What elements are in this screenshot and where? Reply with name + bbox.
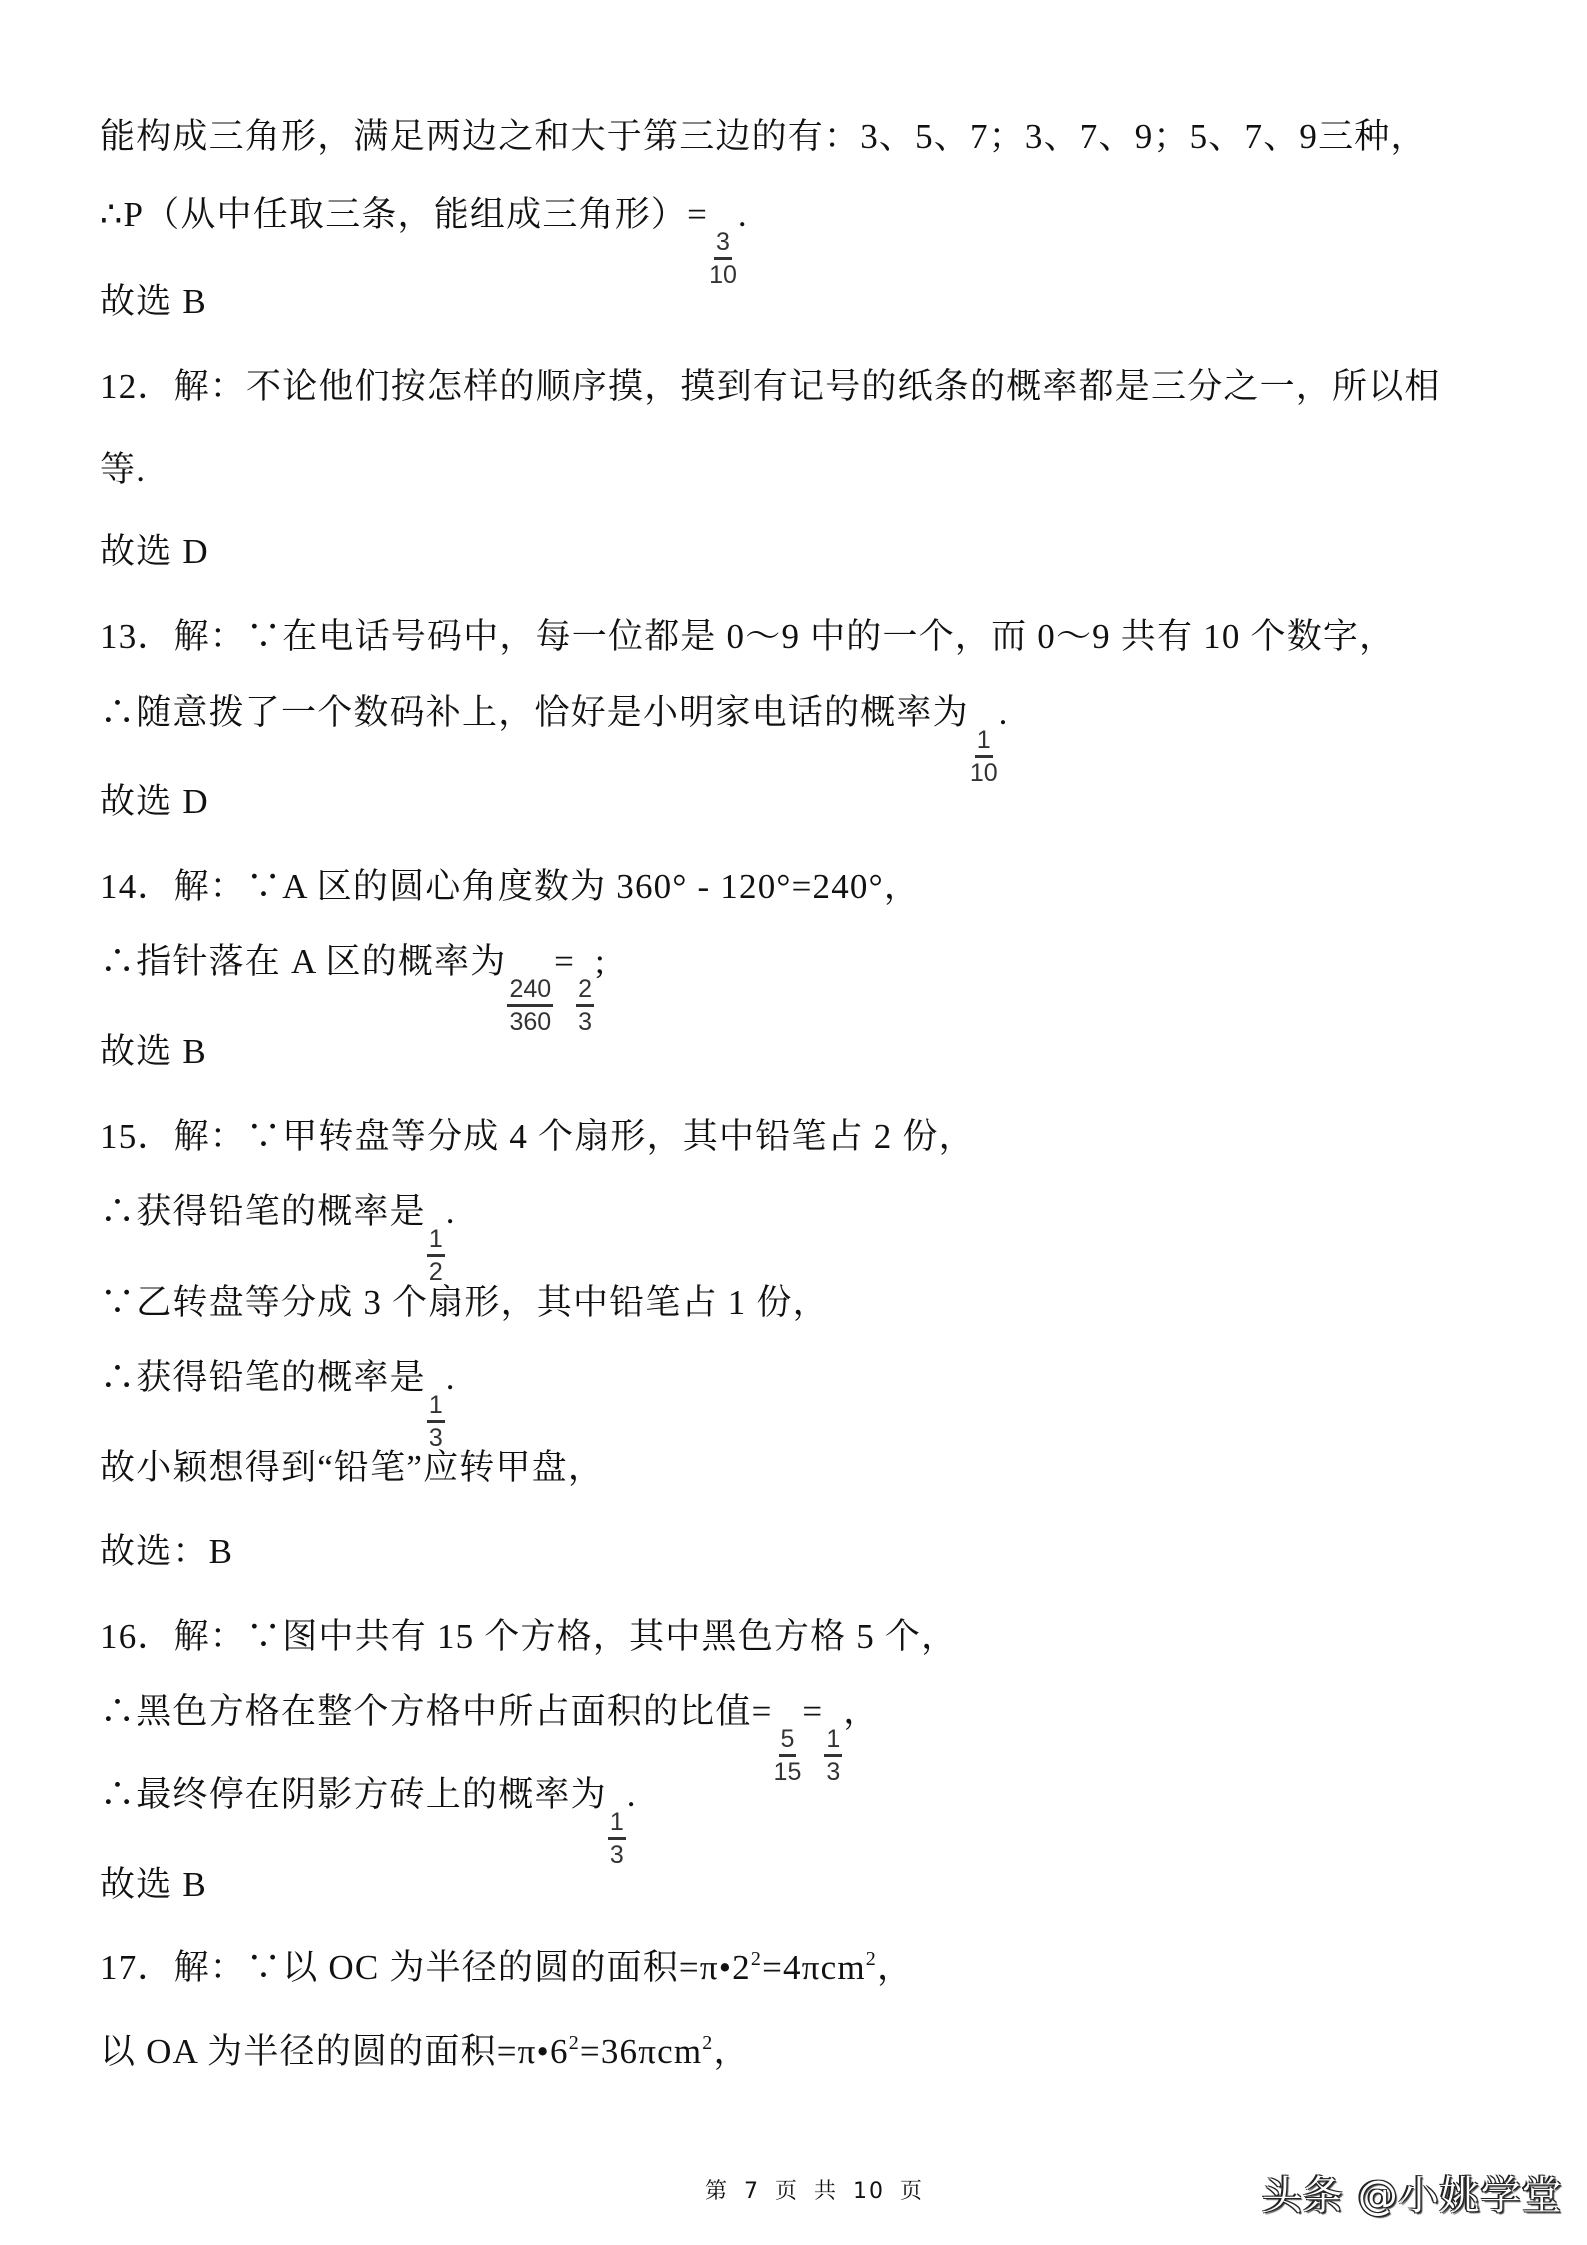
- line-text: .: [738, 195, 748, 234]
- fraction: 13: [608, 1810, 626, 1868]
- fraction: 13: [427, 1393, 445, 1451]
- text-line: ∵乙转盘等分成 3 个扇形，其中铅笔占 1 份，: [100, 1285, 829, 1321]
- fraction-denominator: 3: [826, 1757, 840, 1785]
- line-text: ∴指针落在 A 区的概率为: [100, 942, 506, 981]
- page-number-footer: 第 7 页 共 10 页: [705, 2174, 924, 2205]
- line-text: =4πcm: [762, 1948, 866, 1987]
- fraction-denominator: 10: [709, 260, 737, 288]
- fraction-denominator: 10: [970, 758, 998, 786]
- fraction-numerator: 240: [507, 977, 553, 1007]
- text-line-with-fraction: ∴指针落在 A 区的概率为240360=23;: [100, 944, 606, 1035]
- line-text: 17．解：∵以 OC 为半径的圆的面积=π•2: [100, 1948, 751, 1987]
- line-text: 以 OA 为半径的圆的面积=π•6: [100, 2032, 569, 2071]
- fraction: 110: [970, 728, 998, 786]
- answer-line: 故选 D: [100, 784, 209, 820]
- fraction: 515: [774, 1727, 802, 1785]
- line-text: .: [627, 1775, 637, 1814]
- line-text: ∴随意拨了一个数码补上，恰好是小明家电话的概率为: [100, 693, 969, 732]
- fraction: 13: [824, 1727, 842, 1785]
- fraction-numerator: 1: [608, 1810, 626, 1840]
- text-line-with-fraction: ∴黑色方格在整个方格中所占面积的比值=515=13，: [100, 1694, 879, 1785]
- text-line: 12．解：不论他们按怎样的顺序摸，摸到有记号的纸条的概率都是三分之一，所以相: [100, 369, 1441, 405]
- text-line: 16．解：∵图中共有 15 个方格，其中黑色方格 5 个，: [100, 1619, 957, 1655]
- fraction-numerator: 2: [576, 977, 594, 1007]
- text-line: 故小颖想得到“铅笔”应转甲盘，: [100, 1450, 604, 1486]
- text-line-with-fraction: ∴最终停在阴影方砖上的概率为13.: [100, 1777, 637, 1868]
- line-text: ∴获得铅笔的概率是: [100, 1192, 426, 1231]
- fraction: 310: [709, 230, 737, 288]
- fraction-denominator: 3: [578, 1007, 592, 1035]
- superscript: 2: [702, 2032, 713, 2054]
- line-text: .: [446, 1358, 456, 1397]
- answer-line: 故选 B: [100, 284, 207, 320]
- text-line: 14．解：∵A 区的圆心角度数为 360° - 120°=240°，: [100, 869, 920, 905]
- text-line-with-fraction: ∴获得铅笔的概率是13.: [100, 1360, 456, 1451]
- equals-sign: =: [554, 942, 575, 981]
- text-line: 等.: [100, 452, 146, 488]
- line-text: ，: [843, 1692, 879, 1731]
- text-line-with-superscript: 以 OA 为半径的圆的面积=π•62=36πcm2，: [100, 2034, 750, 2070]
- fraction-numerator: 1: [824, 1727, 842, 1757]
- fraction: 23: [576, 977, 594, 1035]
- line-text: ∴黑色方格在整个方格中所占面积的比值=: [100, 1692, 773, 1731]
- superscript: 2: [751, 1948, 762, 1970]
- fraction-denominator: 3: [429, 1423, 443, 1451]
- text-line: 能构成三角形，满足两边之和大于第三边的有：3、5、7；3、7、9；5、7、9三种…: [100, 119, 1427, 155]
- answer-line: 故选：B: [100, 1534, 233, 1570]
- fraction-numerator: 5: [779, 1727, 797, 1757]
- fraction-numerator: 1: [427, 1227, 445, 1257]
- equals-sign: =: [802, 1692, 823, 1731]
- watermark: 头条 @小姚学堂: [1262, 2164, 1563, 2221]
- text-line-with-fraction: ∴获得铅笔的概率是12.: [100, 1194, 456, 1285]
- text-line: 15．解：∵甲转盘等分成 4 个扇形，其中铅笔占 2 份，: [100, 1119, 975, 1155]
- fraction-denominator: 360: [509, 1007, 551, 1035]
- superscript: 2: [866, 1948, 877, 1970]
- fraction-numerator: 1: [975, 728, 993, 758]
- line-text: ，: [877, 1948, 913, 1987]
- answer-line: 故选 D: [100, 534, 209, 570]
- document-page: 能构成三角形，满足两边之和大于第三边的有：3、5、7；3、7、9；5、7、9三种…: [0, 0, 1587, 2245]
- line-text: ∴最终停在阴影方砖上的概率为: [100, 1775, 607, 1814]
- line-text: ;: [595, 942, 606, 981]
- fraction-denominator: 2: [429, 1257, 443, 1285]
- line-text: .: [446, 1192, 456, 1231]
- fraction: 12: [427, 1227, 445, 1285]
- line-text: .: [999, 693, 1009, 732]
- fraction-denominator: 3: [610, 1840, 624, 1868]
- text-line-with-fraction: ∴随意拨了一个数码补上，恰好是小明家电话的概率为110.: [100, 695, 1009, 786]
- fraction-numerator: 3: [714, 230, 732, 260]
- line-text: ∴P（从中任取三条，能组成三角形）=: [100, 195, 708, 234]
- line-text: ∴获得铅笔的概率是: [100, 1358, 426, 1397]
- answer-line: 故选 B: [100, 1034, 207, 1070]
- line-text: ，: [713, 2032, 749, 2071]
- text-line: 13．解：∵在电话号码中，每一位都是 0～9 中的一个，而 0～9 共有 10 …: [100, 619, 1395, 655]
- fraction-numerator: 1: [427, 1393, 445, 1423]
- text-line-with-superscript: 17．解：∵以 OC 为半径的圆的面积=π•22=4πcm2，: [100, 1950, 913, 1986]
- fraction-denominator: 15: [774, 1757, 802, 1785]
- line-text: =36πcm: [580, 2032, 702, 2071]
- fraction: 240360: [507, 977, 553, 1035]
- superscript: 2: [569, 2032, 580, 2054]
- text-line-with-fraction: ∴P（从中任取三条，能组成三角形）=310.: [100, 197, 748, 288]
- answer-line: 故选 B: [100, 1867, 207, 1903]
